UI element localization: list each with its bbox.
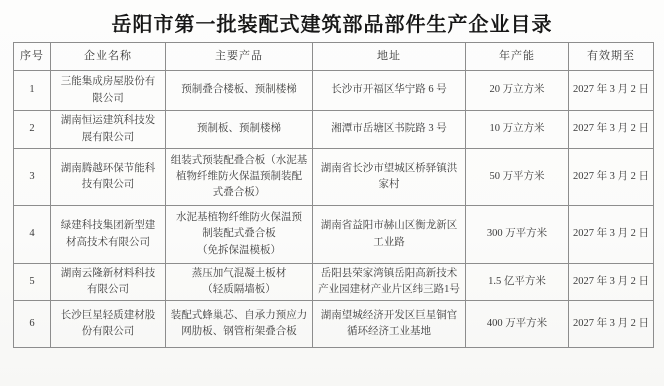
cell-annual-capacity: 20 万立方米 <box>466 71 569 111</box>
cell-company-name: 湖南恒运建筑科技发 展有限公司 <box>51 111 166 149</box>
table-row: 6 长沙巨星轻质建材股 份有限公司 装配式蜂巢芯、自承力预应力 网肋板、钢管桁架… <box>14 301 654 348</box>
cell-valid-until: 2027 年 3 月 2 日 <box>569 264 654 301</box>
cell-address: 湖南望城经济开发区巨星铜官 循环经济工业基地 <box>313 301 466 348</box>
cell-annual-capacity: 50 万平方米 <box>466 149 569 206</box>
page-title: 岳阳市第一批装配式建筑部品部件生产企业目录 <box>0 8 664 37</box>
cell-seq: 6 <box>14 301 51 348</box>
cell-company-name: 长沙巨星轻质建材股 份有限公司 <box>51 301 166 348</box>
cell-annual-capacity: 10 万立方米 <box>466 111 569 149</box>
cell-annual-capacity: 1.5 亿平方米 <box>466 264 569 301</box>
cell-valid-until: 2027 年 3 月 2 日 <box>569 206 654 264</box>
table-row: 2 湖南恒运建筑科技发 展有限公司 预制板、预制楼梯 湘潭市岳塘区书院路 3 号… <box>14 111 654 149</box>
col-header-seq: 序号 <box>14 43 51 71</box>
cell-main-products: 组装式预装配叠合板（水泥基 植物纤维防火保温预制装配 式叠合板） <box>166 149 313 206</box>
cell-main-products: 预制板、预制楼梯 <box>166 111 313 149</box>
cell-valid-until: 2027 年 3 月 2 日 <box>569 111 654 149</box>
col-header-address: 地址 <box>313 43 466 71</box>
cell-address: 长沙市开福区华宁路 6 号 <box>313 71 466 111</box>
table-header-row: 序号 企业名称 主要产品 地址 年产能 有效期至 <box>14 43 654 71</box>
col-header-company-name: 企业名称 <box>51 43 166 71</box>
table-row: 4 绿建科技集团新型建 材高技术有限公司 水泥基植物纤维防火保温预 制装配式叠合… <box>14 206 654 264</box>
cell-valid-until: 2027 年 3 月 2 日 <box>569 149 654 206</box>
cell-valid-until: 2027 年 3 月 2 日 <box>569 71 654 111</box>
cell-seq: 2 <box>14 111 51 149</box>
scanned-document-page: 岳阳市第一批装配式建筑部品部件生产企业目录 序号 企业名称 主要产品 地址 年产… <box>0 0 664 386</box>
enterprise-directory-table: 序号 企业名称 主要产品 地址 年产能 有效期至 1 三能集成房屋股份有 限公司… <box>13 42 654 348</box>
cell-main-products: 装配式蜂巢芯、自承力预应力 网肋板、钢管桁架叠合板 <box>166 301 313 348</box>
col-header-main-products: 主要产品 <box>166 43 313 71</box>
cell-valid-until: 2027 年 3 月 2 日 <box>569 301 654 348</box>
cell-annual-capacity: 400 万平方米 <box>466 301 569 348</box>
cell-address: 湖南省益阳市赫山区衡龙新区 工业路 <box>313 206 466 264</box>
cell-main-products: 水泥基植物纤维防火保温预 制装配式叠合板 （免拆保温模板） <box>166 206 313 264</box>
col-header-annual-capacity: 年产能 <box>466 43 569 71</box>
cell-seq: 1 <box>14 71 51 111</box>
cell-address: 湖南省长沙市望城区桥驿镇洪 家村 <box>313 149 466 206</box>
cell-seq: 3 <box>14 149 51 206</box>
cell-seq: 4 <box>14 206 51 264</box>
cell-company-name: 三能集成房屋股份有 限公司 <box>51 71 166 111</box>
table-row: 5 湖南云隆新材料科技 有限公司 蒸压加气混凝土板材 （轻质隔墙板） 岳阳县荣家… <box>14 264 654 301</box>
table-row: 1 三能集成房屋股份有 限公司 预制叠合楼板、预制楼梯 长沙市开福区华宁路 6 … <box>14 71 654 111</box>
cell-main-products: 预制叠合楼板、预制楼梯 <box>166 71 313 111</box>
table-row: 3 湖南腾越环保节能科 技有限公司 组装式预装配叠合板（水泥基 植物纤维防火保温… <box>14 149 654 206</box>
cell-annual-capacity: 300 万平方米 <box>466 206 569 264</box>
cell-seq: 5 <box>14 264 51 301</box>
cell-address: 岳阳县荣家湾镇岳阳高新技术 产业园建材产业片区纬三路1号 <box>313 264 466 301</box>
col-header-valid-until: 有效期至 <box>569 43 654 71</box>
cell-company-name: 湖南腾越环保节能科 技有限公司 <box>51 149 166 206</box>
cell-company-name: 绿建科技集团新型建 材高技术有限公司 <box>51 206 166 264</box>
cell-company-name: 湖南云隆新材料科技 有限公司 <box>51 264 166 301</box>
cell-main-products: 蒸压加气混凝土板材 （轻质隔墙板） <box>166 264 313 301</box>
cell-address: 湘潭市岳塘区书院路 3 号 <box>313 111 466 149</box>
